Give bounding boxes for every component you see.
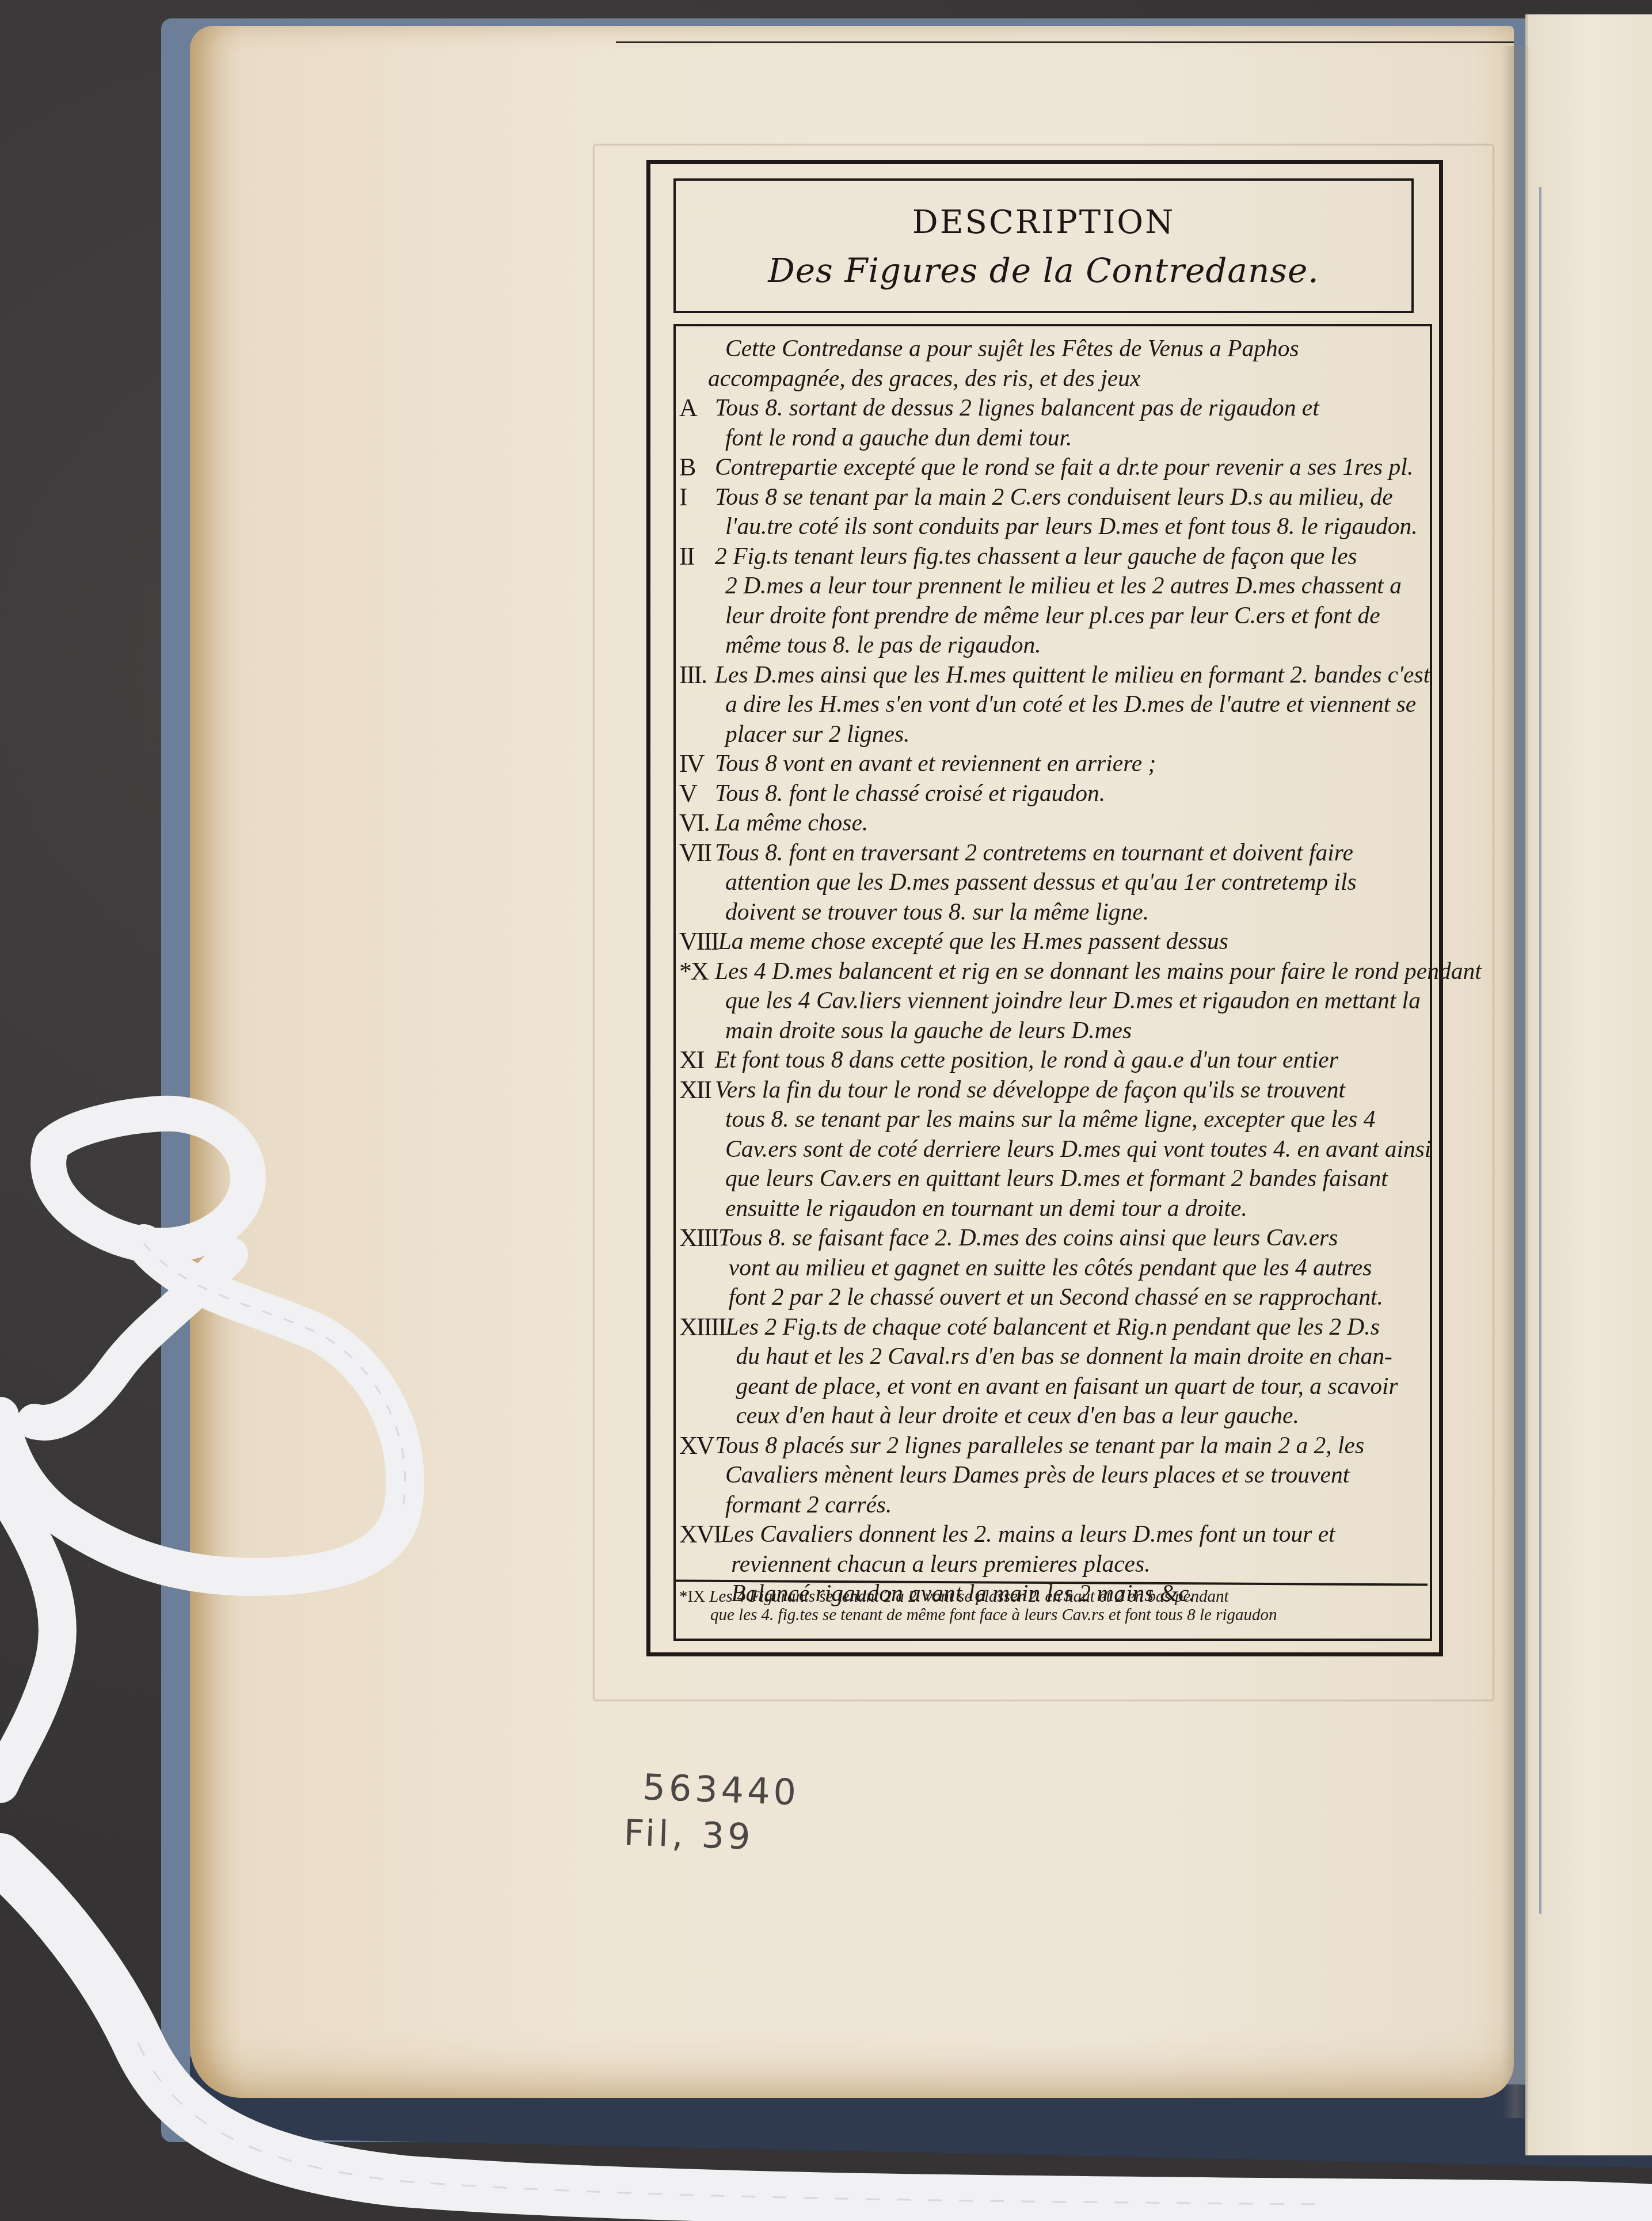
figure-text-line: Les 4 D.mes balancent et rig en se donna…: [715, 957, 1482, 986]
binding-stitch: [1539, 187, 1541, 1914]
figure-numeral: XIII: [679, 1223, 718, 1312]
figure-numeral: XV: [679, 1431, 715, 1520]
figure-numeral: XII: [679, 1075, 715, 1224]
figure-text-line: Les Cavaliers donnent les 2. mains a leu…: [721, 1519, 1428, 1549]
figure-entry: XIIVers la fin du tour le rond se dévelo…: [679, 1075, 1428, 1224]
figure-entry: III.Les D.mes ainsi que les H.mes quitte…: [679, 660, 1428, 749]
figure-text-line: Les D.mes ainsi que les H.mes quittent l…: [715, 660, 1430, 690]
figure-numeral: VI.: [679, 808, 715, 838]
figure-numeral: XI: [679, 1045, 715, 1075]
figure-entry: *XLes 4 D.mes balancent et rig en se don…: [679, 957, 1428, 1046]
intro-line: accompagnée, des graces, des ris, et des…: [679, 364, 1428, 394]
figure-text-line: 2 Fig.ts tenant leurs fig.tes chassent a…: [715, 542, 1428, 572]
figure-entry: XIIIILes 2 Fig.ts de chaque coté balance…: [679, 1312, 1428, 1431]
figure-numeral: V: [679, 779, 715, 809]
figure-text-line: Vers la fin du tour le rond se développe…: [715, 1075, 1431, 1105]
footnote-marker: *IX: [679, 1587, 705, 1606]
pencil-folio: Fil, 39: [623, 1809, 798, 1862]
figure-text-line: Tous 8. font en traversant 2 contretems …: [715, 838, 1428, 868]
figure-numeral: B: [679, 452, 715, 482]
figure-text-line: Tous 8 placés sur 2 lignes paralleles se…: [715, 1431, 1428, 1461]
figure-text-line: formant 2 carrés.: [715, 1490, 1428, 1520]
pencil-number: 563440: [642, 1766, 800, 1813]
figure-text-line: font le rond a gauche dun demi tour.: [715, 423, 1428, 453]
figure-text-line: geant de place, et vont en avant en fais…: [725, 1372, 1428, 1401]
figure-entry: II2 Fig.ts tenant leurs fig.tes chassent…: [679, 542, 1428, 660]
page-subtitle: Des Figures de la Contredanse.: [676, 251, 1411, 290]
figure-entry: IVTous 8 vont en avant et reviennent en …: [679, 749, 1428, 779]
figure-numeral: A: [679, 393, 715, 452]
figure-text-line: ceux d'en haut à leur droite et ceux d'e…: [725, 1401, 1428, 1431]
figure-text-line: Les 2 Fig.ts de chaque coté balancent et…: [725, 1312, 1428, 1342]
figure-entry: XVTous 8 placés sur 2 lignes paralleles …: [679, 1431, 1428, 1520]
figure-numeral: II: [679, 542, 715, 660]
figure-entry: XIEt font tous 8 dans cette position, le…: [679, 1045, 1428, 1075]
figure-descriptions: Cette Contredanse a pour sujêt les Fêtes…: [679, 334, 1428, 1609]
figure-text-line: reviennent chacun a leurs premieres plac…: [721, 1549, 1428, 1579]
figure-text-line: leur droite font prendre de même leur pl…: [715, 601, 1428, 631]
figure-numeral: III.: [679, 660, 715, 749]
pencil-shelfmark: 563440 Fil, 39: [640, 1764, 800, 1861]
figure-text-line: ensuitte le rigaudon en tournant un demi…: [715, 1194, 1431, 1224]
figure-numeral: I: [679, 482, 715, 542]
figure-text-line: tous 8. se tenant par les mains sur la m…: [715, 1104, 1431, 1134]
figure-entry: ITous 8 se tenant par la main 2 C.ers co…: [679, 482, 1428, 542]
figure-text-line: font 2 par 2 le chassé ouvert et un Seco…: [718, 1282, 1428, 1312]
facing-page: [1525, 14, 1652, 2155]
figure-text-line: Contrepartie excepté que le rond se fait…: [715, 452, 1428, 482]
figure-text-line: La meme chose excepté que les H.mes pass…: [718, 927, 1428, 957]
figure-numeral: VIII: [679, 927, 718, 957]
gutter-shadow: [1502, 46, 1531, 2118]
figure-text-line: Et font tous 8 dans cette position, le r…: [715, 1045, 1428, 1075]
intro-paragraph: Cette Contredanse a pour sujêt les Fêtes…: [679, 334, 1428, 393]
figure-numeral: VII: [679, 838, 715, 927]
figure-text-line: Tous 8 se tenant par la main 2 C.ers con…: [715, 482, 1428, 512]
figure-text-line: Tous 8 vont en avant et reviennent en ar…: [715, 749, 1428, 779]
footnote-line: que les 4. fig.tes se tenant de même fon…: [710, 1606, 1277, 1624]
figure-entry: VIITous 8. font en traversant 2 contrete…: [679, 838, 1428, 927]
figure-text-line: doivent se trouver tous 8. sur la même l…: [715, 897, 1428, 927]
top-rule: [616, 41, 1514, 43]
figure-text-line: Tous 8. font le chassé croisé et rigaudo…: [715, 779, 1428, 809]
figure-text-line: que les 4 Cav.liers viennent joindre leu…: [715, 986, 1482, 1016]
figure-entry: VTous 8. font le chassé croisé et rigaud…: [679, 779, 1428, 809]
figure-entry: VI.La même chose.: [679, 808, 1428, 838]
figure-numeral: XIIII: [679, 1312, 725, 1431]
figure-entry: VIIILa meme chose excepté que les H.mes …: [679, 927, 1428, 957]
figure-text-line: Tous 8. sortant de dessus 2 lignes balan…: [715, 393, 1428, 423]
figure-text-line: l'au.tre coté ils sont conduits par leur…: [715, 512, 1428, 542]
figure-text-line: placer sur 2 lignes.: [715, 719, 1430, 749]
figure-text-line: attention que les D.mes passent dessus e…: [715, 867, 1428, 897]
footnote: *IX Les 4 Figurants se tenant 2 à 2. von…: [679, 1587, 1428, 1624]
page-title: DESCRIPTION: [676, 204, 1411, 241]
figure-entry: ATous 8. sortant de dessus 2 lignes bala…: [679, 393, 1428, 452]
figure-text-line: vont au milieu et gagnet en suitte les c…: [718, 1253, 1428, 1283]
figure-text-line: du haut et les 2 Caval.rs d'en bas se do…: [725, 1342, 1428, 1372]
footnote-line: Les 4 Figurants se tenant 2 à 2. vont se…: [709, 1587, 1228, 1606]
figure-text-line: 2 D.mes a leur tour prennent le milieu e…: [715, 571, 1428, 601]
title-cartouche: DESCRIPTION Des Figures de la Contredans…: [673, 178, 1414, 313]
figure-text-line: a dire les H.mes s'en vont d'un coté et …: [715, 689, 1430, 719]
figure-entry: BContrepartie excepté que le rond se fai…: [679, 452, 1428, 482]
figure-numeral: *X: [679, 957, 715, 1046]
figure-text-line: que leurs Cav.ers en quittant leurs D.me…: [715, 1164, 1431, 1194]
figure-entry: XIIITous 8. se faisant face 2. D.mes des…: [679, 1223, 1428, 1312]
figure-text-line: Cav.ers sont de coté derriere leurs D.me…: [715, 1134, 1431, 1164]
intro-line: Cette Contredanse a pour sujêt les Fêtes…: [679, 334, 1428, 364]
figure-text-line: La même chose.: [715, 808, 1428, 838]
figure-text-line: Tous 8. se faisant face 2. D.mes des coi…: [718, 1223, 1428, 1253]
figure-text-line: main droite sous la gauche de leurs D.me…: [715, 1016, 1482, 1046]
figure-text-line: même tous 8. le pas de rigaudon.: [715, 630, 1428, 660]
figure-text-line: Cavaliers mènent leurs Dames près de leu…: [715, 1460, 1428, 1490]
figure-numeral: IV: [679, 749, 715, 779]
